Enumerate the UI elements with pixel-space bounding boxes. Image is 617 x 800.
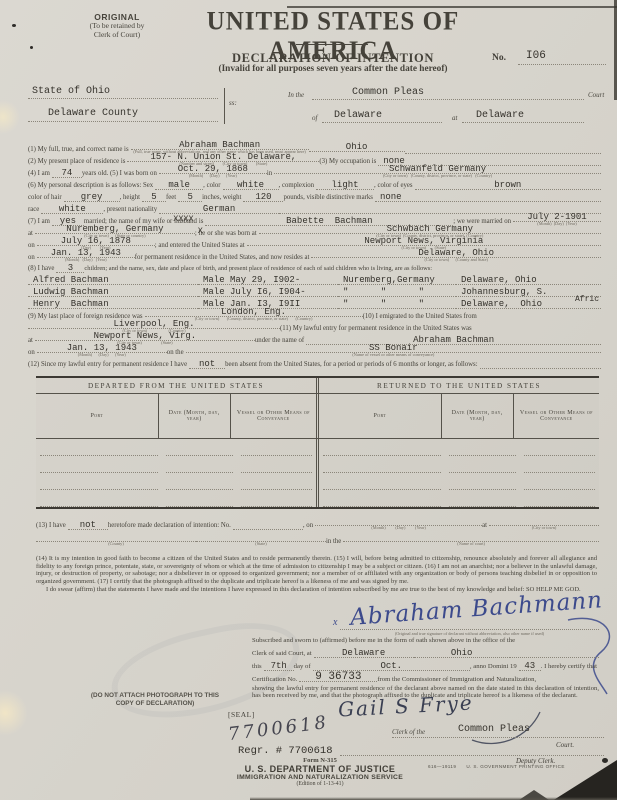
prior-not-value: not bbox=[68, 521, 108, 530]
child-birth: Male May 29, I902- bbox=[198, 276, 338, 285]
of-county-value: Delaware bbox=[334, 110, 382, 121]
form-number: Form N-315 bbox=[192, 757, 448, 764]
absence-table-row bbox=[36, 473, 599, 490]
prior-city-entry: (City or town) bbox=[489, 517, 599, 530]
children-count-value: 3 bbox=[56, 264, 84, 273]
ss-divider bbox=[224, 88, 225, 124]
lawful-entry-label: (11) My lawful entry for permanent resid… bbox=[280, 325, 474, 333]
form-footer: Form N-315 U. S. DEPARTMENT OF JUSTICE I… bbox=[192, 757, 448, 787]
birth-date-entry: Oct. 29, 1868 (Month) (Day) (Year) bbox=[159, 165, 267, 178]
signature-x-mark: x bbox=[333, 617, 337, 628]
child-name-entry: Alfred Bachman bbox=[28, 276, 198, 285]
children-label-b: children; and the name, sex, date and pl… bbox=[84, 265, 434, 273]
child-name-entry: Ludwig Bachman bbox=[28, 288, 198, 297]
full-name-label: (1) My full, true, and correct name is bbox=[28, 146, 131, 154]
complexion-value: light bbox=[316, 181, 374, 190]
children-count-entry: 3 bbox=[56, 264, 84, 273]
prior-label-b: heretofore made declaration of intention… bbox=[108, 522, 233, 530]
row-right bbox=[316, 473, 599, 490]
child-residence-overflow: Afric bbox=[575, 295, 599, 304]
registry-number: Regr. # 7700618 bbox=[238, 745, 333, 757]
complexion-label: , complexion bbox=[279, 182, 317, 190]
court-name-value: Common Pleas bbox=[352, 87, 424, 98]
row-left bbox=[36, 439, 316, 456]
spouse-entry-date-entry: Jan. 13, 1943 (Month) (Day) (Year) bbox=[37, 249, 135, 262]
oath-month-entry: Oct. bbox=[313, 662, 470, 671]
children-label-a: (8) I have bbox=[28, 265, 56, 273]
row-left bbox=[36, 456, 316, 473]
prior-declaration-section: (13) I have not heretofore made declarat… bbox=[36, 514, 599, 546]
hair-entry: grey bbox=[64, 193, 120, 202]
dotted-line bbox=[312, 99, 584, 100]
born-on-label: years old. (5) I was born on bbox=[82, 170, 159, 178]
absence-not-entry: not bbox=[189, 360, 225, 369]
absence-label-b: been absent from the United States, for … bbox=[225, 361, 479, 369]
absence-table-row bbox=[36, 456, 599, 473]
departed-columns: Port Date (Month, day, year) Vessel or O… bbox=[36, 394, 316, 438]
oath-year-value: 43 bbox=[519, 662, 541, 671]
photo-note: (DO NOT ATTACH PHOTOGRAPH TO THIS COPY O… bbox=[60, 692, 250, 707]
absence-not-value: not bbox=[189, 360, 225, 369]
ink-speck bbox=[602, 758, 608, 763]
declaration-number: I06 bbox=[526, 50, 546, 62]
field-description-2: color of hair grey , height 5 feet 5 inc… bbox=[28, 190, 601, 202]
dotted-line bbox=[28, 121, 218, 122]
absence-table-row bbox=[36, 490, 599, 507]
child-birthplace: Nuremberg,Germany bbox=[338, 276, 456, 285]
absence-table-row bbox=[36, 439, 599, 456]
vessel-column-header: Vessel or Other Means of Conveyance bbox=[231, 394, 316, 438]
emigrated-label: (10) I emigrated to the United States fr… bbox=[363, 313, 479, 321]
race-entry: white bbox=[41, 205, 103, 214]
oath-month-value: Oct. bbox=[313, 662, 470, 671]
paper-spot bbox=[0, 690, 28, 736]
prior-court-subnote: (Name of court) bbox=[343, 542, 599, 546]
nationality-value: German bbox=[159, 205, 279, 214]
county-value: Delaware County bbox=[48, 108, 138, 119]
feet-entry: 5 bbox=[142, 193, 166, 202]
on-word: on bbox=[28, 242, 37, 250]
signature-line bbox=[340, 629, 599, 630]
paragraph-14-17: (14) It is my intention in good faith to… bbox=[36, 555, 597, 585]
prior-court-entry: (Name of court) bbox=[343, 533, 599, 546]
color-entry: white bbox=[223, 181, 279, 190]
typed-strikeout: XXXX bbox=[173, 214, 193, 224]
child-row: Ludwig Bachman Male July I6, I904- " " "… bbox=[28, 285, 601, 297]
row-right bbox=[316, 490, 599, 507]
service-name: IMMIGRATION AND NATURALIZATION SERVICE bbox=[192, 774, 448, 781]
prior-date-entry: (Month) (Day) (Year) bbox=[315, 517, 482, 530]
prior-on-word: , on bbox=[303, 522, 315, 530]
child-row: Alfred Bachman Male May 29, I902- Nuremb… bbox=[28, 273, 601, 285]
declaration-of-intention-document: ORIGINAL (To be retained by Clerk of Cou… bbox=[0, 0, 617, 800]
form-body: (1) My full, true, and correct name is A… bbox=[28, 142, 601, 369]
absence-table: DEPARTED FROM THE UNITED STATES RETURNED… bbox=[36, 376, 599, 509]
marks-label: pounds, visible distinctive marks bbox=[283, 194, 375, 202]
dotted-line bbox=[322, 122, 442, 123]
eyes-value: brown bbox=[415, 181, 601, 190]
clerk-court-value: Common Pleas bbox=[458, 724, 530, 735]
child-residence: Delaware, Ohio bbox=[456, 276, 601, 285]
dotted-line bbox=[462, 122, 584, 123]
validity-note: (Invalid for all purposes seven years af… bbox=[138, 64, 528, 74]
eyes-label: , color of eyes bbox=[374, 182, 415, 190]
complexion-entry: light bbox=[316, 181, 374, 190]
birth-date-subnote: (Month) (Day) (Year) bbox=[159, 174, 267, 178]
age-label: (4) I am bbox=[28, 170, 52, 178]
weight-label: inches, weight bbox=[202, 194, 243, 202]
child-birthplace-entry: Nuremberg,Germany bbox=[338, 276, 456, 285]
prior-label-a: (13) I have bbox=[36, 522, 68, 530]
in-the-label: In the bbox=[288, 91, 304, 99]
he-word-struck: he X bbox=[199, 230, 207, 238]
prior-county-subnote: (County) bbox=[36, 542, 196, 546]
prior-state-entry: (State) bbox=[196, 533, 326, 546]
row-right bbox=[316, 456, 599, 473]
clerk-court-at-label: Clerk of said Court, at bbox=[252, 650, 314, 658]
oath-place-entry: Delaware bbox=[314, 649, 414, 658]
residence-state-overflow: Ohio bbox=[309, 145, 405, 154]
inches-entry: 5 bbox=[178, 193, 202, 202]
clerk-signature-line bbox=[392, 737, 604, 738]
spouse-entered-label: ; and entered the United States at bbox=[155, 242, 247, 250]
subscribed-text: Subscribed and sworn to (affirmed) befor… bbox=[252, 637, 599, 645]
dotted-line bbox=[518, 64, 606, 65]
prior-county-entry: (County) bbox=[36, 533, 196, 546]
dotted-line bbox=[480, 359, 601, 369]
absence-table-columns: Port Date (Month, day, year) Vessel or O… bbox=[36, 394, 599, 439]
certification-number-entry: 9 36733 bbox=[299, 675, 377, 684]
child-birth-entry: Male July I6, I904- bbox=[198, 288, 338, 297]
vessel-entry: SS Bonair (Name of vessel or other means… bbox=[186, 344, 601, 357]
entry-date-entry: Jan. 13, 1943 (Month) (Day) (Year) bbox=[37, 344, 167, 357]
prior-declaration-row-2: (County) (State) in the (Name of court) bbox=[36, 530, 599, 546]
number-label: No. bbox=[492, 53, 506, 63]
absence-label-a: (12) Since my lawful entry for permanent… bbox=[28, 361, 189, 369]
at-word: at bbox=[28, 337, 35, 345]
prior-declaration-row-1: (13) I have not heretofore made declarat… bbox=[36, 514, 599, 530]
oath-day-value: 7th bbox=[264, 662, 294, 671]
title-rule bbox=[296, 44, 368, 45]
field-marriage-4: on Jan. 13, 1943 (Month) (Day) (Year) fo… bbox=[28, 250, 601, 262]
absence-table-headers: DEPARTED FROM THE UNITED STATES RETURNED… bbox=[36, 378, 599, 394]
oath-state-entry: Ohio bbox=[414, 649, 510, 658]
weight-entry: 120 bbox=[243, 193, 283, 202]
oath-year-entry: 43 bbox=[519, 662, 541, 671]
anno-domini-label: , anno Domini 19 bbox=[470, 663, 519, 671]
race-label: race bbox=[28, 206, 41, 214]
clerk-of-the-label: Clerk of the bbox=[392, 728, 425, 736]
ss-label: ss: bbox=[229, 99, 237, 107]
day-of-label: day of bbox=[294, 663, 313, 671]
certification-label: Certification No. bbox=[252, 676, 299, 684]
port-column-header: Port bbox=[319, 394, 441, 438]
age-entry: 74 bbox=[52, 169, 82, 178]
deputy-clerk-line bbox=[340, 755, 604, 756]
certification-row: Certification No. 9 36733 from the Commi… bbox=[252, 671, 599, 684]
nationality-label: , present nationality bbox=[103, 206, 159, 214]
certification-number-value: 9 36733 bbox=[299, 673, 377, 682]
spouse-residence-entry: Delaware, Ohio (City or town) (County an… bbox=[311, 249, 601, 262]
dotted-line bbox=[405, 144, 601, 154]
departed-header: DEPARTED FROM THE UNITED STATES bbox=[36, 378, 316, 393]
state-value: State of Ohio bbox=[32, 86, 110, 97]
field-age-birth: (4) I am 74 years old. (5) I was born on… bbox=[28, 166, 601, 178]
photo-note-line-2: COPY OF DECLARATION) bbox=[60, 700, 250, 708]
sex-value: male bbox=[155, 181, 203, 190]
at-label: at bbox=[452, 114, 457, 122]
in-label: in bbox=[267, 170, 274, 178]
child-residence-entry: Delaware, Ohio bbox=[456, 276, 601, 285]
on-the-label: on the bbox=[167, 349, 186, 357]
age-value: 74 bbox=[52, 169, 82, 178]
hair-label: color of hair bbox=[28, 194, 64, 202]
eyes-entry: brown bbox=[415, 181, 601, 190]
field-children-count: (8) I have 3 children; and the name, sex… bbox=[28, 262, 601, 274]
paper-spot bbox=[0, 100, 20, 134]
child-birth-entry: Male May 29, I902- bbox=[198, 276, 338, 285]
intent-paragraph: (14) It is my intention in good faith to… bbox=[36, 555, 597, 595]
spouse-resides-label: for permanent residence in the United St… bbox=[135, 254, 312, 262]
returned-columns: Port Date (Month, day, year) Vessel or O… bbox=[316, 394, 599, 438]
sex-entry: male bbox=[155, 181, 203, 190]
spouse-entry-date-subnote: (Month) (Day) (Year) bbox=[37, 258, 135, 262]
feet-value: 5 bbox=[142, 193, 166, 202]
date-column-header: Date (Month, day, year) bbox=[441, 394, 514, 438]
at-word: at bbox=[28, 230, 35, 238]
seal-label: [SEAL] bbox=[228, 710, 255, 719]
row-right bbox=[316, 439, 599, 456]
prior-date-subnote: (Month) (Day) (Year) bbox=[315, 526, 482, 530]
clerk-court-at-row: Clerk of said Court, at Delaware Ohio bbox=[252, 645, 599, 658]
ink-speck bbox=[12, 24, 16, 27]
field-entry-date-vessel: on Jan. 13, 1943 (Month) (Day) (Year) on… bbox=[28, 345, 601, 357]
row-left bbox=[36, 490, 316, 507]
department-name: U. S. DEPARTMENT OF JUSTICE bbox=[192, 764, 448, 774]
photo-note-line-1: (DO NOT ATTACH PHOTOGRAPH TO THIS bbox=[60, 692, 250, 700]
gpo-imprint: 616—19119 U. S. GOVERNMENT PRINTING OFFI… bbox=[428, 764, 565, 769]
prior-city-subnote: (City or town) bbox=[489, 526, 599, 530]
dotted-line bbox=[510, 648, 599, 658]
height-label: , height bbox=[120, 194, 142, 202]
vessel-column-header: Vessel or Other Means of Conveyance bbox=[514, 394, 599, 438]
port-column-header: Port bbox=[36, 394, 158, 438]
in-the-label: in the bbox=[326, 538, 343, 546]
certification-text-1: from the Commissioner of Immigration and… bbox=[377, 676, 538, 684]
race-value: white bbox=[41, 205, 103, 214]
certify-label: . I hereby certify that bbox=[541, 663, 599, 671]
field-description-1: (6) My personal description is as follow… bbox=[28, 178, 601, 190]
dotted-line bbox=[233, 520, 303, 530]
child-birthplace: " " " bbox=[338, 288, 456, 297]
hair-value: grey bbox=[64, 193, 120, 202]
birth-place-subnote: (City or town) (County, district, provin… bbox=[274, 174, 601, 178]
weight-value: 120 bbox=[243, 193, 283, 202]
oath-day-entry: 7th bbox=[264, 662, 294, 671]
date-column-header: Date (Month, day, year) bbox=[158, 394, 231, 438]
prior-not-entry: not bbox=[68, 521, 108, 530]
of-label: of bbox=[312, 114, 317, 122]
oath-state-value: Ohio bbox=[414, 649, 510, 658]
clerk-attestation: Subscribed and sworn to (affirmed) befor… bbox=[252, 637, 599, 699]
clerk-date-row: this 7th day of Oct. , anno Domini 19 43… bbox=[252, 658, 599, 671]
nationality-entry: German bbox=[159, 205, 279, 214]
court-word: Court bbox=[588, 91, 604, 99]
child-residence-entry: Johannesburg, S.Afric bbox=[456, 288, 601, 297]
color-label: , color bbox=[203, 182, 222, 190]
entry-date-subnote: (Month) (Day) (Year) bbox=[37, 353, 167, 357]
at-place-value: Delaware bbox=[476, 110, 524, 121]
ink-speck bbox=[30, 46, 33, 49]
signature-subnote: (Original and true signature of declaran… bbox=[340, 631, 599, 636]
returned-header: RETURNED TO THE UNITED STATES bbox=[316, 378, 599, 393]
child-birthplace-entry: " " " bbox=[338, 288, 456, 297]
child-name: Alfred Bachman bbox=[28, 276, 198, 285]
on-word: on bbox=[28, 254, 37, 262]
state-overflow-value: Ohio bbox=[309, 143, 405, 152]
inches-value: 5 bbox=[178, 193, 202, 202]
row-left bbox=[36, 473, 316, 490]
birth-place-entry: Schwanfeld Germany (City or town) (Count… bbox=[274, 165, 601, 178]
on-word: on bbox=[28, 349, 37, 357]
marks-entry: none bbox=[375, 193, 601, 202]
description-label: (6) My personal description is as follow… bbox=[28, 182, 155, 190]
prior-state-subnote: (State) bbox=[196, 542, 326, 546]
this-word: this bbox=[252, 663, 264, 671]
residence-label: (2) My present place of residence is bbox=[28, 158, 127, 166]
husband-word-struck: husband XXXX bbox=[174, 218, 199, 226]
dotted-line bbox=[28, 98, 218, 99]
prior-at-word: at bbox=[482, 522, 489, 530]
marks-value: none bbox=[375, 193, 601, 202]
typed-strikeout: X bbox=[198, 226, 203, 236]
spouse-residence-subnote: (City or town) (County and State) bbox=[311, 258, 601, 262]
edition-note: (Edition of 1-13-41) bbox=[192, 781, 448, 787]
feet-label: feet bbox=[166, 194, 178, 202]
court-word: Court. bbox=[556, 741, 574, 749]
child-birth: Male July I6, I904- bbox=[198, 288, 338, 297]
child-name: Ludwig Bachman bbox=[28, 288, 198, 297]
field-absences: (12) Since my lawful entry for permanent… bbox=[28, 357, 601, 369]
vessel-subnote: (Name of vessel or other means of convey… bbox=[186, 353, 601, 357]
color-value: white bbox=[223, 181, 279, 190]
oath-place-value: Delaware bbox=[314, 649, 414, 658]
